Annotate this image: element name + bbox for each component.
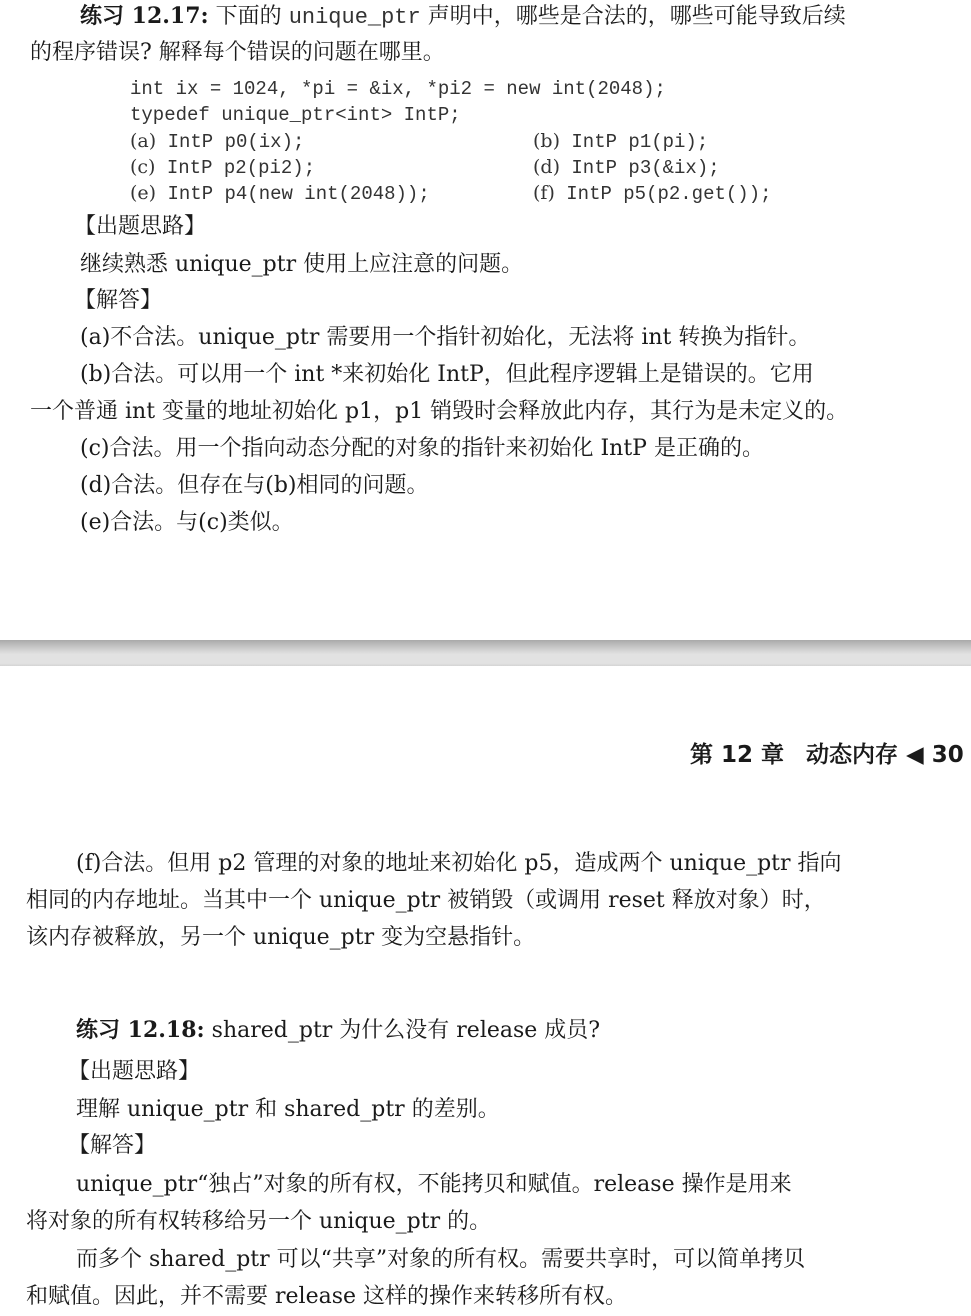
- answer-f-line1: (f)合法。但用 p2 管理的对象的地址来初始化 p5，造成两个 unique_…: [76, 849, 842, 879]
- answer-e: (e)合法。与(c)类似。: [80, 508, 294, 538]
- exercise-12-18-question: 练习 12.18: shared_ptr 为什么没有 release 成员?: [76, 1015, 600, 1046]
- answer-line2: 将对象的所有权转移给另一个 unique_ptr 的。: [26, 1207, 491, 1237]
- exercise-12-17-question-line1: 练习 12.17: 下面的 unique_ptr 声明中，哪些是合法的，哪些可能…: [80, 1, 846, 33]
- question-text: 声明中，哪些是合法的，哪些可能导致后续: [428, 4, 846, 29]
- idea-text: 继续熟悉 unique_ptr 使用上应注意的问题。: [80, 250, 523, 280]
- answer-a: (a)不合法。unique_ptr 需要用一个指针初始化，无法将 int 转换为…: [80, 323, 810, 353]
- code-term: unique_ptr: [289, 5, 421, 30]
- idea-text: 理解 unique_ptr 和 shared_ptr 的差别。: [76, 1095, 500, 1125]
- answer-d: (d)合法。但存在与(b)相同的问题。: [80, 471, 429, 501]
- left-triangle-icon: ◀: [906, 742, 924, 768]
- exercise-12-17-question-line2: 的程序错误? 解释每个错误的问题在哪里。: [30, 38, 445, 68]
- question-text: 下面的: [216, 4, 282, 29]
- answer-b-line2: 一个普通 int 变量的地址初始化 p1，p1 销毁时会释放此内存，其行为是未定…: [30, 397, 848, 427]
- page-number: 30: [932, 742, 964, 768]
- answer-f-line2: 相同的内存地址。当其中一个 unique_ptr 被销毁（或调用 reset 释…: [26, 886, 826, 916]
- answer-line1: unique_ptr“独占”对象的所有权，不能拷贝和赋值。release 操作是…: [76, 1170, 792, 1200]
- answer-heading: 【解答】: [68, 1131, 156, 1161]
- chapter-title: 动态内存: [806, 742, 898, 768]
- answer-heading: 【解答】: [74, 286, 162, 316]
- page-top: 练习 12.17: 下面的 unique_ptr 声明中，哪些是合法的，哪些可能…: [0, 0, 971, 640]
- idea-heading: 【出题思路】: [74, 212, 206, 242]
- question-text: shared_ptr 为什么没有 release 成员?: [212, 1018, 600, 1043]
- running-header: 第 12 章动态内存 ◀ 30: [690, 736, 964, 769]
- code-item-e: (e) IntP p4(new int(2048));: [130, 178, 430, 209]
- answer-line3: 而多个 shared_ptr 可以“共享”对象的所有权。需要共享时，可以简单拷贝: [76, 1245, 805, 1275]
- exercise-label: 练习 12.18:: [76, 1017, 205, 1043]
- chapter-label: 第 12 章: [690, 742, 784, 768]
- answer-f-line3: 该内存被释放，另一个 unique_ptr 变为空悬指针。: [26, 923, 535, 953]
- code-item-f: (f) IntP p5(p2.get());: [533, 178, 772, 209]
- page-separator: [0, 640, 971, 666]
- exercise-label: 练习 12.17:: [80, 3, 209, 29]
- answer-line4: 和赋值。因此，并不需要 release 这样的操作来转移所有权。: [26, 1282, 627, 1312]
- idea-heading: 【出题思路】: [68, 1057, 200, 1087]
- answer-c: (c)合法。用一个指向动态分配的对象的指针来初始化 IntP 是正确的。: [80, 434, 764, 464]
- answer-b-line1: (b)合法。可以用一个 int *来初始化 IntP，但此程序逻辑上是错误的。它…: [80, 360, 814, 390]
